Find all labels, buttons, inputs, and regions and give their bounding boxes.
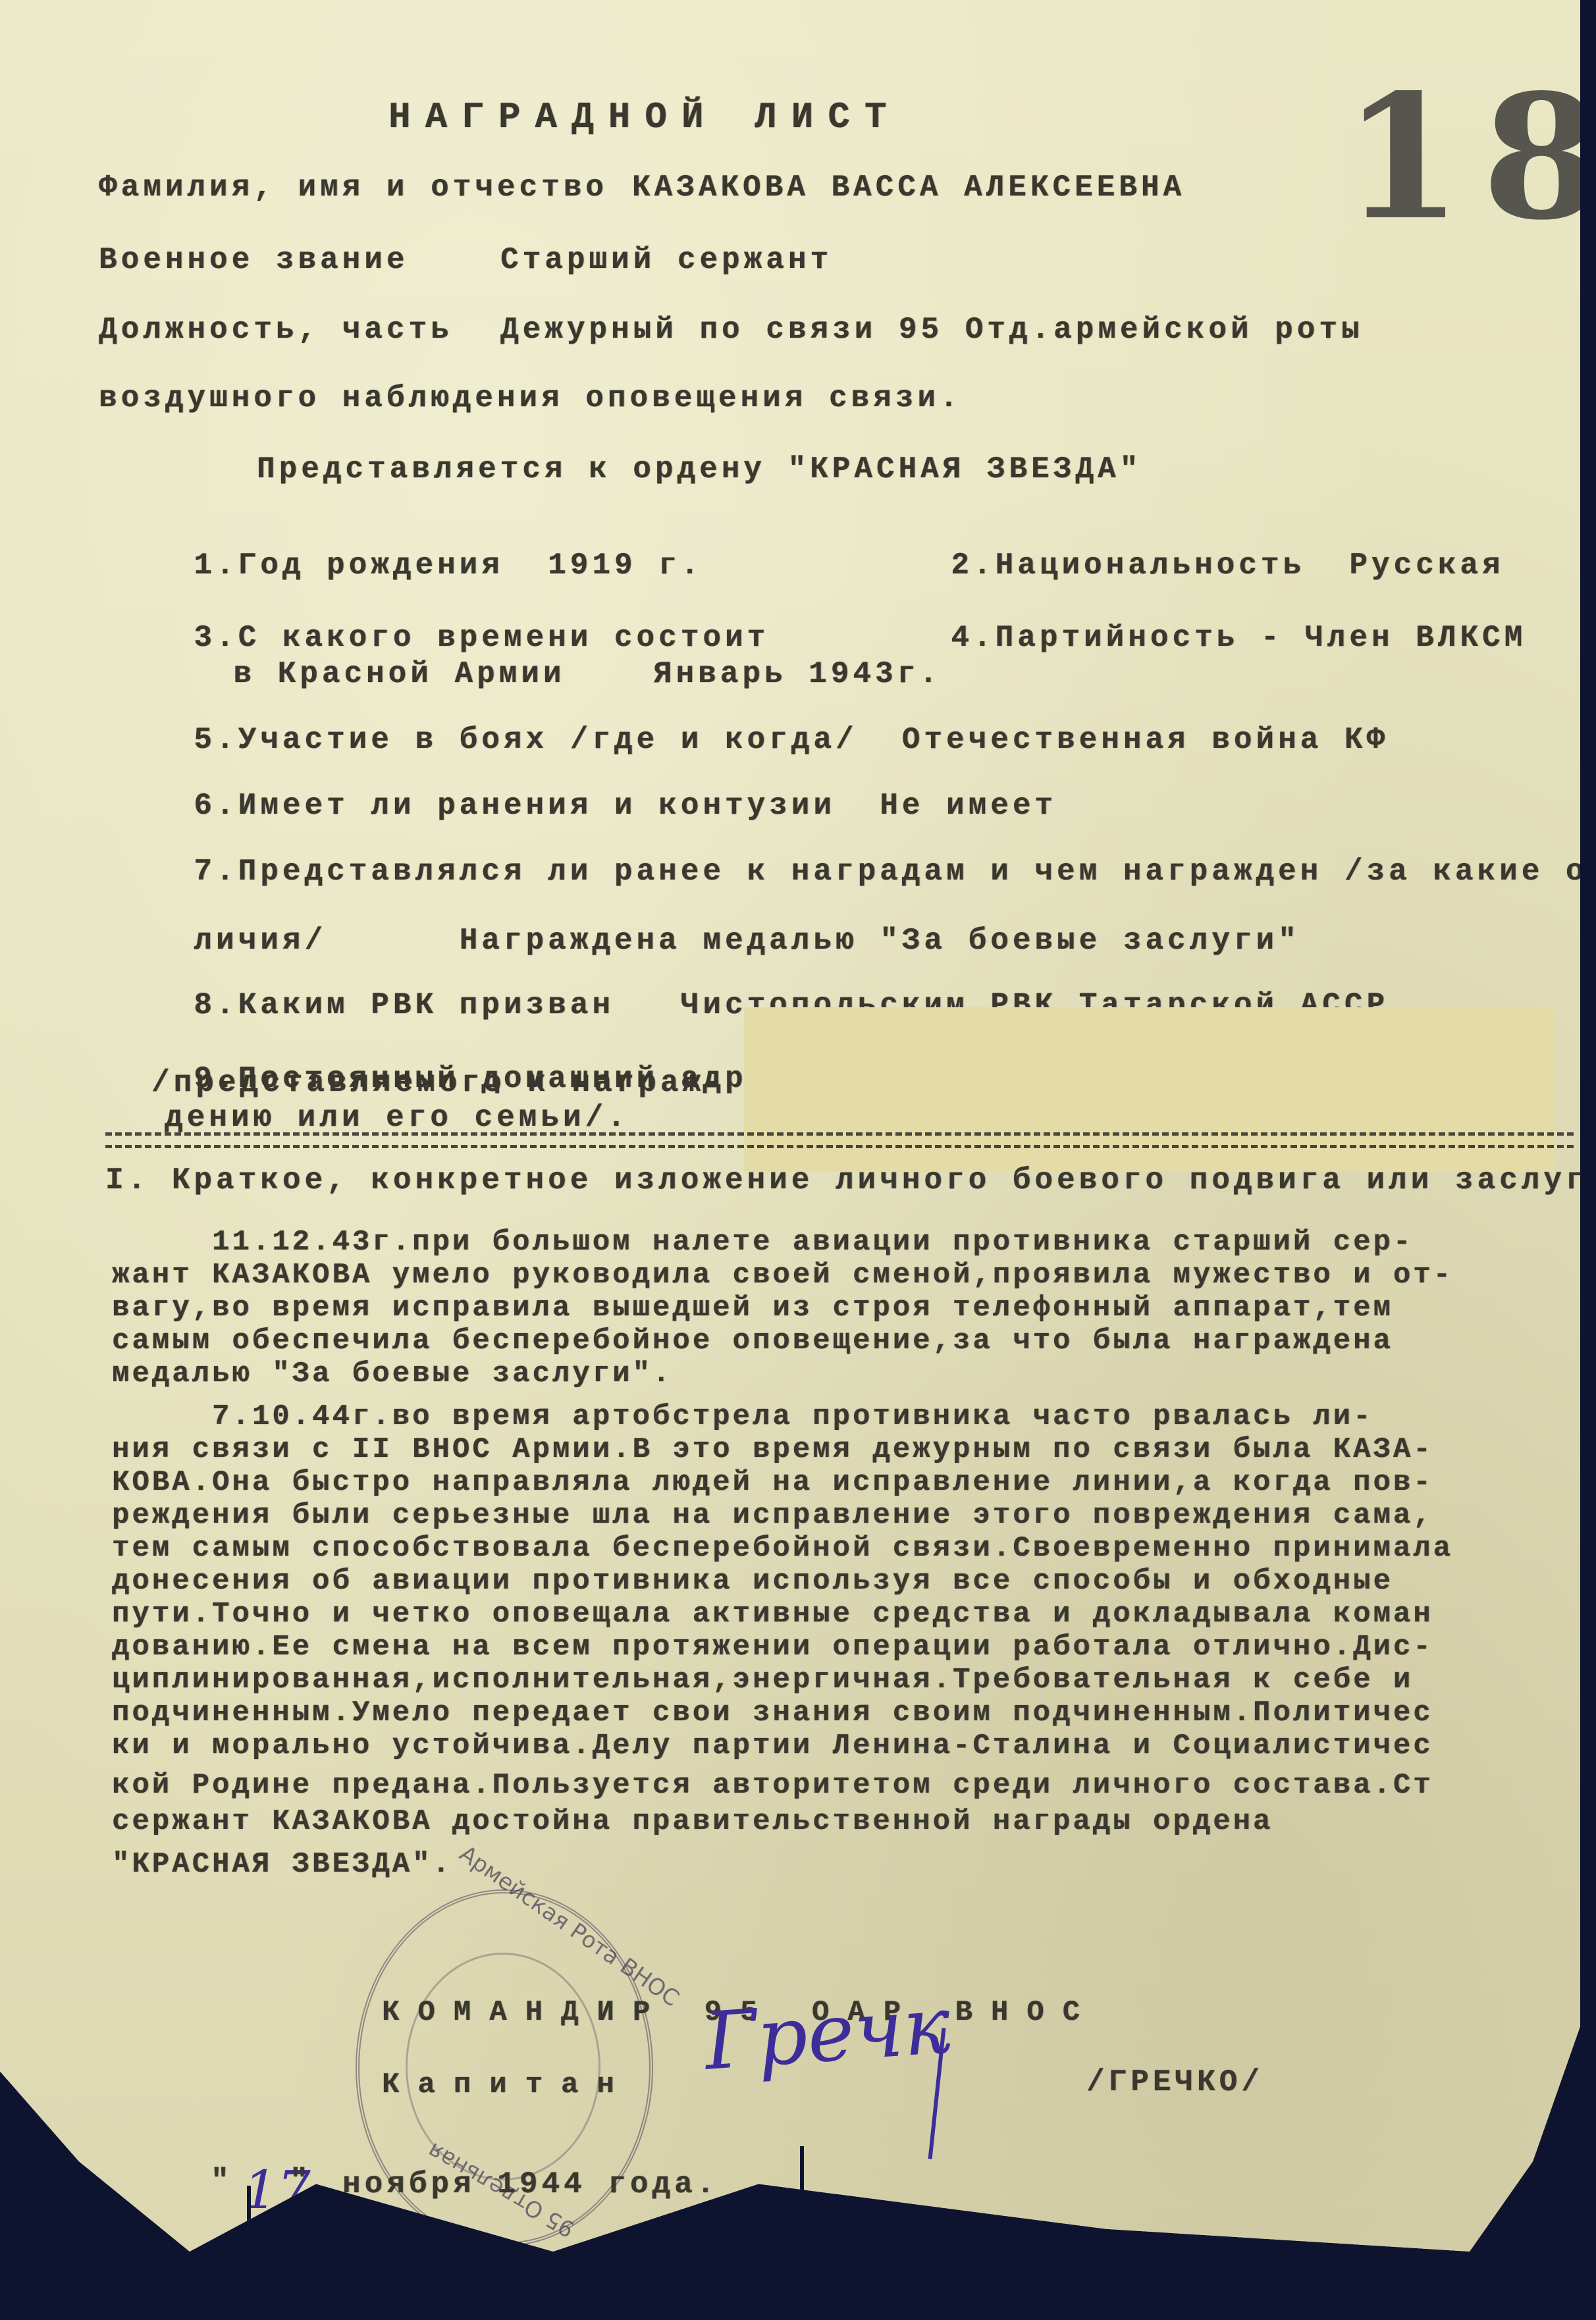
narrative-line: дованию.Ее смена на всем протяжении опер… xyxy=(112,1633,1433,1662)
narrative-line: 11.12.43г.при большом налете авиации про… xyxy=(112,1228,1413,1257)
item-value: Награждена медалью "За боевые заслуги" xyxy=(460,924,1300,958)
narrative-line: реждения были серьезные шла на исправлен… xyxy=(112,1501,1433,1530)
item-num: 4. xyxy=(951,621,995,655)
award-sheet: НАГРАДНОЙ ЛИСТ 181 Фамилия, имя и отчест… xyxy=(0,0,1580,2252)
narrative-line: 7.10.44г.во время артобстрела противника… xyxy=(112,1402,1373,1431)
summary-heading: I. Краткое, конкретное изложение личного… xyxy=(105,1165,1596,1196)
item-label: Участие в боях /где и когда/ xyxy=(238,723,858,757)
position-value-line2: воздушного наблюдения оповещения связи. xyxy=(99,383,962,413)
date-rest: ноября 1944 года. xyxy=(342,2169,718,2200)
handwritten-signature: Гречк xyxy=(702,1980,953,2088)
item-label: Год рождения xyxy=(238,548,504,583)
item-label: Национальность xyxy=(996,548,1305,583)
archive-number: 181 xyxy=(1343,72,1596,244)
item-num: 1. xyxy=(194,548,238,583)
name-value: КАЗАКОВА ВАССА АЛЕКСЕЕВНА xyxy=(632,172,1185,203)
item-value: Отечественная война КФ xyxy=(902,723,1389,757)
item-num: 8. xyxy=(194,988,238,1022)
nomination: Представляется к ордену "КРАСНАЯ ЗВЕЗДА" xyxy=(257,454,1142,485)
item-label: Каким РВК призван xyxy=(238,988,614,1022)
item-num: 6. xyxy=(194,789,238,823)
name-label: Фамилия, имя и отчество xyxy=(99,172,608,203)
narrative-line: "КРАСНАЯ ЗВЕЗДА". xyxy=(112,1850,452,1879)
paper-tear xyxy=(800,2146,804,2317)
rank-label: Военное звание xyxy=(99,245,408,275)
item-value: Член ВЛКСМ xyxy=(1305,621,1526,655)
item-label: Партийность xyxy=(996,621,1239,655)
item-num: 7. xyxy=(194,855,238,889)
narrative-line: КОВА.Она быстро направляла людей на испр… xyxy=(112,1468,1433,1497)
narrative-line: медалью "За боевые заслуги". xyxy=(112,1359,672,1388)
item-9-cont1: /представляемого к награж- xyxy=(151,1068,727,1098)
document-title: НАГРАДНОЙ ЛИСТ xyxy=(388,99,901,136)
item-value: Русская xyxy=(1349,548,1504,583)
item-value: Не имеет xyxy=(880,789,1057,823)
section-divider xyxy=(105,1132,1574,1148)
item-num: 5. xyxy=(194,723,238,757)
narrative-line: ки и морально устойчива.Делу партии Лени… xyxy=(112,1731,1433,1760)
narrative-line: тем самым способствовала бесперебойной с… xyxy=(112,1534,1453,1563)
narrative-line: подчиненным.Умело передает свои знания с… xyxy=(112,1699,1433,1727)
item-4: 4.Партийность - Член ВЛКСМ xyxy=(863,593,1526,683)
narrative-line: кой Родине предана.Пользуется авторитето… xyxy=(112,1771,1433,1800)
item-label: личия/ xyxy=(194,924,327,958)
narrative-line: циплинированная,исполнительная,энергична… xyxy=(112,1666,1413,1695)
narrative-line: вагу,во время исправила вышедшей из стро… xyxy=(112,1294,1393,1323)
item-value: 1919 г. xyxy=(548,548,703,583)
commander-name: /ГРЕЧКО/ xyxy=(1086,2067,1263,2097)
commander-rank: Капитан xyxy=(382,2070,633,2099)
item-label: в Красной Армии xyxy=(233,657,565,691)
date-quote-close: " xyxy=(290,2166,312,2196)
narrative-line: самым обеспечила бесперебойное оповещени… xyxy=(112,1327,1393,1356)
item-9-cont2: дению или его семьи/. xyxy=(165,1103,629,1133)
rank-value: Старший сержант xyxy=(500,245,832,275)
narrative-line: пути.Точно и четко оповещала активные ср… xyxy=(112,1600,1433,1629)
position-value-line1: Дежурный по связи 95 Отд.армейской роты xyxy=(500,315,1364,345)
item-label: Имеет ли ранения и контузии xyxy=(238,789,836,823)
position-label: Должность, часть xyxy=(99,315,453,345)
date-quote-open: " xyxy=(211,2166,233,2196)
narrative-line: сержант КАЗАКОВА достойна правительствен… xyxy=(112,1807,1273,1836)
narrative-line: жант КАЗАКОВА умело руководила своей сме… xyxy=(112,1261,1453,1290)
narrative-line: донесения об авиации противника использу… xyxy=(112,1567,1393,1596)
paper-tear xyxy=(247,2186,251,2317)
item-num: 2. xyxy=(951,548,995,583)
item-label: Представлялся ли ранее к наградам и чем … xyxy=(238,855,1596,889)
narrative-line: ния связи с II ВНОС Армии.В это время де… xyxy=(112,1435,1433,1464)
